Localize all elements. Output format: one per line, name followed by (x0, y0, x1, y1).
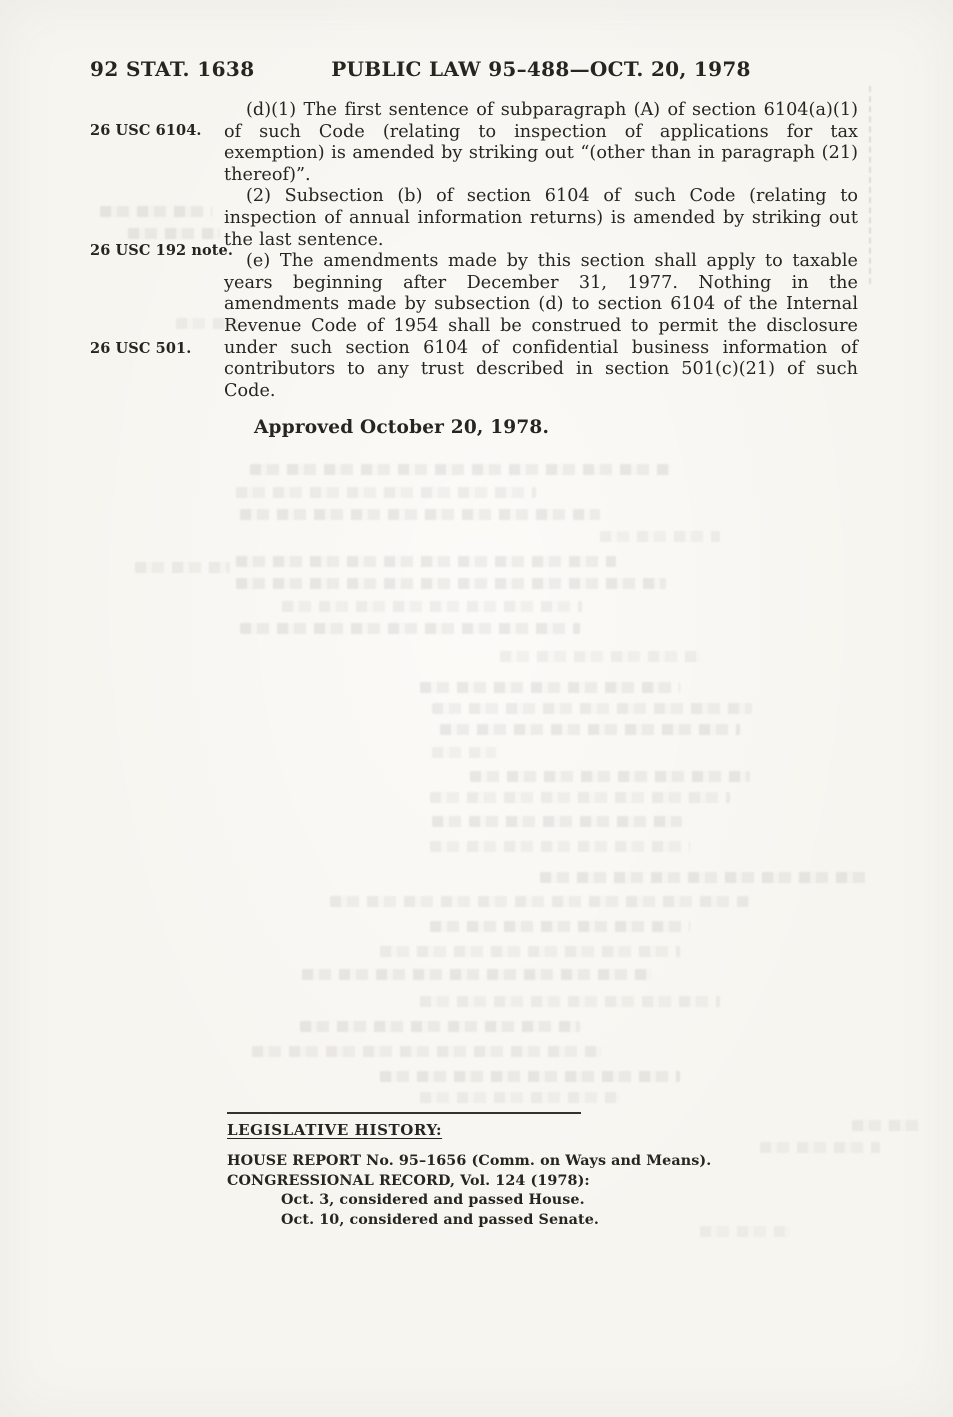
bleed-through-artifact (128, 228, 220, 239)
bleed-through-artifact (760, 1142, 880, 1153)
legislative-history-heading: LEGISLATIVE HISTORY: (227, 1121, 697, 1139)
body-paragraph: (d)(1) The first sentence of subparagrap… (224, 100, 858, 186)
body-paragraph: (e) The amendments made by this section … (224, 251, 858, 402)
bleed-through-artifact (852, 1120, 922, 1131)
bleed-through-artifact (700, 1226, 790, 1237)
bleed-through-artifact (380, 1071, 680, 1082)
legislative-history-line: CONGRESSIONAL RECORD, Vol. 124 (1978): (227, 1172, 697, 1192)
bleed-through-artifact (420, 1092, 620, 1103)
bleed-through-artifact (240, 509, 600, 520)
legislative-history-line: Oct. 10, considered and passed Senate. (227, 1211, 697, 1231)
scan-artifact-line (869, 86, 871, 284)
bleed-through-artifact (432, 703, 752, 714)
bleed-through-artifact (302, 969, 652, 980)
bleed-through-artifact (236, 487, 536, 498)
bleed-through-artifact (252, 1046, 602, 1057)
bleed-through-artifact (470, 771, 750, 782)
bleed-through-artifact (430, 921, 690, 932)
bleed-through-artifact (380, 946, 680, 957)
margin-note-usc-192-note: 26 USC 192 note. (90, 242, 222, 259)
bleed-through-artifact (430, 841, 690, 852)
running-head: PUBLIC LAW 95–488—OCT. 20, 1978 (224, 57, 858, 81)
margin-note-usc-501: 26 USC 501. (90, 340, 222, 357)
bleed-through-artifact (240, 623, 580, 634)
legislative-history-line: Oct. 3, considered and passed House. (227, 1191, 697, 1211)
bleed-through-artifact (430, 792, 730, 803)
legislative-history-lines: HOUSE REPORT No. 95–1656 (Comm. on Ways … (227, 1152, 697, 1230)
legislative-history-rule (227, 1112, 581, 1114)
bleed-through-artifact (432, 816, 682, 827)
bleed-through-artifact (440, 724, 740, 735)
bleed-through-artifact (330, 896, 750, 907)
bleed-through-artifact (540, 872, 870, 883)
bleed-through-artifact (236, 578, 666, 589)
bleed-through-artifact (236, 556, 616, 567)
margin-note-usc-6104: 26 USC 6104. (90, 122, 222, 139)
bleed-through-artifact (500, 651, 700, 662)
legislative-history-line: HOUSE REPORT No. 95–1656 (Comm. on Ways … (227, 1152, 697, 1172)
bleed-through-artifact (420, 996, 720, 1007)
legislative-history-section: LEGISLATIVE HISTORY: HOUSE REPORT No. 95… (227, 1112, 697, 1230)
statute-body: (d)(1) The first sentence of subparagrap… (224, 100, 858, 438)
bleed-through-artifact (420, 682, 680, 693)
bleed-through-artifact (432, 747, 496, 758)
bleed-through-artifact (135, 562, 230, 573)
bleed-through-artifact (600, 531, 720, 542)
bleed-through-artifact (282, 601, 582, 612)
approved-line: Approved October 20, 1978. (224, 417, 858, 438)
law-title: PUBLIC LAW 95–488—OCT. 20, 1978 (331, 57, 751, 81)
body-paragraph: (2) Subsection (b) of section 6104 of su… (224, 186, 858, 251)
bleed-through-artifact (250, 464, 670, 475)
bleed-through-artifact (100, 206, 212, 217)
bleed-through-artifact (300, 1021, 580, 1032)
scanned-statute-page: 92 STAT. 1638 PUBLIC LAW 95–488—OCT. 20,… (0, 0, 953, 1417)
